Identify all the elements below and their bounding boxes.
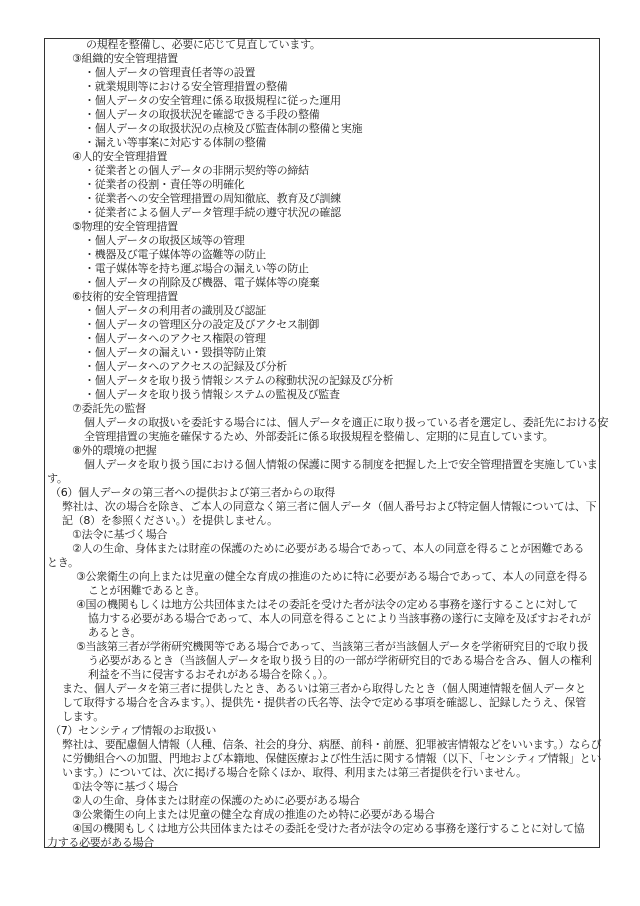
text-line: 個人データの取扱いを委託する場合には、個人データを適正に取り扱っている者を選定し… — [84, 416, 608, 430]
text-line: ・就業規則等における安全管理措置の整備 — [84, 80, 287, 94]
text-line: 個人データを取り扱う国における個人情報の保護に関する制度を把握した上で安全管理措… — [84, 458, 598, 472]
text-line: 利益を不当に侵害するおそれがある場合を除く。）。 — [88, 668, 334, 682]
text-line: ・個人データへのアクセス権限の管理 — [84, 332, 266, 346]
text-line: ・個人データの管理区分の設定及びアクセス制御 — [84, 318, 319, 332]
text-line: また、個人データを第三者に提供したとき、あるいは第三者から取得したとき（個人関連… — [62, 682, 586, 696]
text-line: ③組織的安全管理措置 — [72, 52, 178, 66]
text-line: ④国の機関もしくは地方公共団体またはその委託を受けた者が法令の定める事務を遂行す… — [72, 822, 584, 836]
text-line: ・個人データの取扱区域等の管理 — [84, 234, 245, 248]
text-line: に労働組合への加盟、門地および本籍地、保健医療および性生活に関する情報（以下、「… — [62, 752, 601, 766]
text-line: す。 — [47, 472, 68, 486]
text-line: ・従業者との個人データの非開示契約等の締結 — [84, 164, 309, 178]
text-line: ⑤物理的安全管理措置 — [72, 220, 178, 234]
text-line: ・個人データへのアクセスの記録及び分析 — [84, 360, 287, 374]
text-line: ・漏えい等事案に対応する体制の整備 — [84, 136, 266, 150]
text-line: ・従業者の役割・責任等の明確化 — [84, 178, 245, 192]
text-line: ④国の機関もしくは地方公共団体またはその委託を受けた者が法令の定める事務を遂行す… — [76, 598, 578, 612]
text-line: ③公衆衛生の向上または児童の健全な育成の推進のため特に必要がある場合 — [72, 808, 435, 822]
text-line: う必要があるとき（当該個人データを取り扱う目的の一部が学術研究目的である場合を含… — [88, 654, 592, 668]
text-line: ・個人データの取扱状況の点検及び監査体制の整備と実施 — [84, 122, 362, 136]
text-line: 弊社は、次の場合を除き、ご本人の同意なく第三者に個人データ（個人番号および特定個… — [62, 500, 596, 514]
text-line: 力する必要がある場合 — [47, 836, 154, 850]
text-line: ・個人データの安全管理に係る取扱規程に従った運用 — [84, 94, 341, 108]
text-line: とき。 — [47, 556, 79, 570]
text-line: 弊社は、要配慮個人情報（人種、信条、社会的身分、病歴、前科・前歴、犯罪被害情報な… — [62, 738, 601, 752]
text-line: 全管理措置の実施を確保するため、外部委託に係る取扱規程を整備し、定期的に見直して… — [84, 430, 553, 444]
text-line: 協力する必要がある場合であって、本人の同意を得ることにより当該事務の遂行に支障を… — [88, 612, 591, 626]
text-line: ・機器及び電子媒体等の盗難等の防止 — [84, 248, 266, 262]
text-line: ③公衆衛生の向上または児童の健全な育成の推進のために特に必要がある場合であって、… — [76, 570, 588, 584]
text-line: します。 — [62, 710, 104, 724]
text-line: ④人的安全管理措置 — [72, 150, 167, 164]
text-line: ⑥技術的安全管理措置 — [72, 290, 178, 304]
text-line: ②人の生命、身体または財産の保護のために必要がある場合であって、本人の同意を得る… — [72, 542, 584, 556]
text-line: 記（8）を参照ください。）を提供しません。 — [62, 514, 278, 528]
text-line: ・個人データの漏えい・毀損等防止策 — [84, 346, 266, 360]
text-line: ⑤当該第三者が学術研究機関等である場合であって、当該第三者が当該個人データを学術… — [76, 640, 588, 654]
text-line: ことが困難であるとき。 — [88, 584, 205, 598]
text-line: ・個人データの管理責任者等の設置 — [84, 66, 255, 80]
text-line: あるとき。 — [88, 626, 141, 640]
text-line: ⑦委託先の監督 — [72, 402, 146, 416]
text-line: います。）については、次に掲げる場合を除くほか、取得、利用または第三者提供を行い… — [62, 766, 527, 780]
text-line: ・個人データの利用者の識別及び認証 — [84, 304, 266, 318]
text-line: （6）個人データの第三者への提供および第三者からの取得 — [50, 486, 335, 500]
text-line: して取得する場合を含みます。）、提供先・提供者の氏名等、法令で定める事項を確認し… — [62, 696, 586, 710]
text-line: ・従業者による個人データ管理手続の遵守状況の確認 — [84, 206, 341, 220]
text-line: ・個人データの取扱状況を確認できる手段の整備 — [84, 108, 319, 122]
text-line: ①法令に基づく場合 — [72, 528, 167, 542]
text-line: ⑧外的環境の把握 — [72, 444, 156, 458]
text-line: ・個人データの削除及び機器、電子媒体等の廃棄 — [84, 276, 319, 290]
text-line: ・個人データを取り扱う情報システムの監視及び監査 — [84, 388, 340, 402]
text-line: の規程を整備し、必要に応じて見直しています。 — [86, 38, 321, 52]
text-line: ②人の生命、身体または財産の保護のために必要がある場合 — [72, 794, 360, 808]
text-line: ①法令等に基づく場合 — [72, 780, 178, 794]
text-line: ・従業者への安全管理措置の周知徹底、教育及び訓練 — [84, 192, 341, 206]
text-line: （7）センシティブ情報のお取扱い — [50, 724, 216, 738]
text-line: ・個人データを取り扱う情報システムの稼動状況の記録及び分析 — [84, 374, 393, 388]
text-line: ・電子媒体等を持ち運ぶ場合の漏えい等の防止 — [84, 262, 309, 276]
